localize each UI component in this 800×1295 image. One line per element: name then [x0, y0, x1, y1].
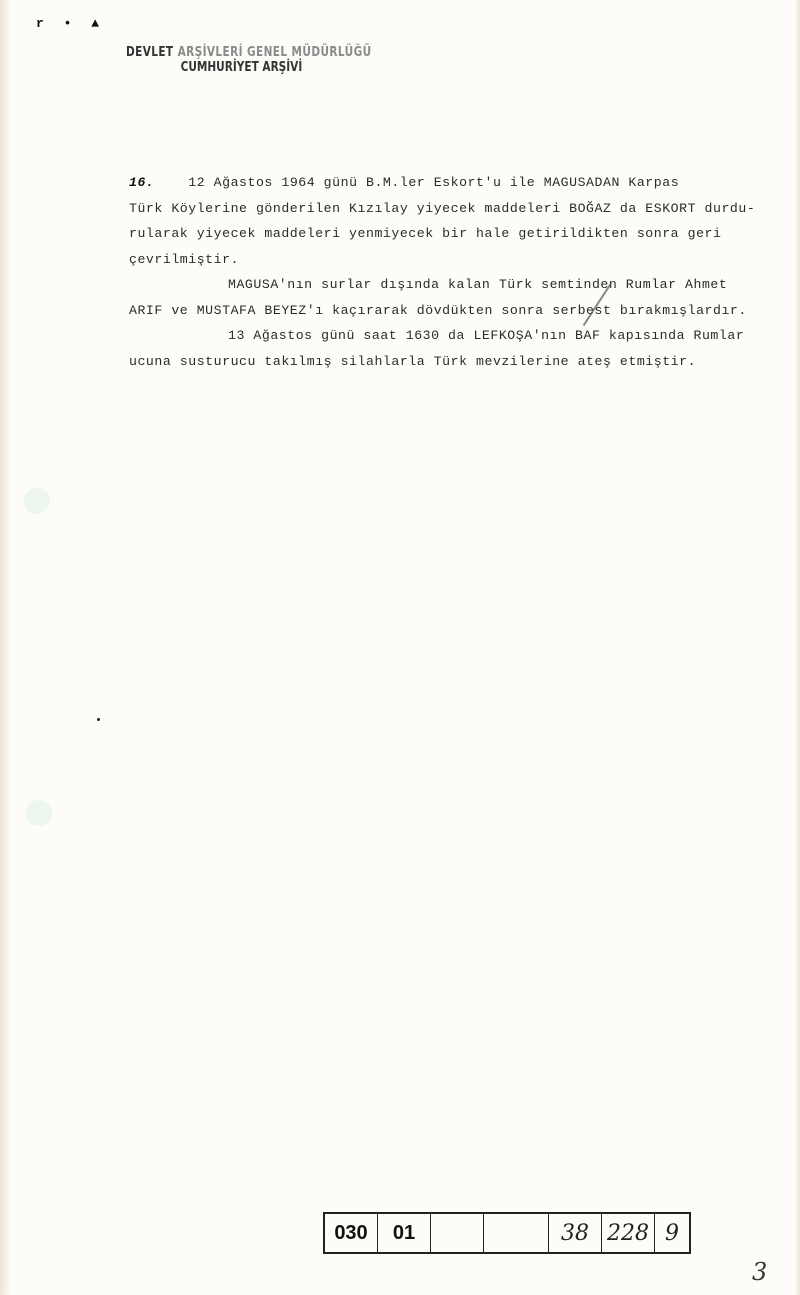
ref-cell-file: 228: [602, 1213, 655, 1253]
archive-stamp: DEVLET ARŞİVLERİ GENEL MÜDÜRLÜĞÜ CUMHURİ…: [126, 44, 313, 75]
ref-cell-item: 9: [655, 1213, 691, 1253]
paragraph-line-6: ARIF ve MUSTAFA BEYEZ'ı kaçırarak dövdük…: [129, 298, 789, 324]
archive-reference-box: 030 01 38 228 9: [323, 1212, 691, 1254]
corner-ink-marks: r • ▲: [36, 16, 105, 31]
paper-spot: [26, 800, 52, 826]
ref-cell-box: 38: [549, 1213, 602, 1253]
ref-cell-fond: 030: [324, 1213, 378, 1253]
paragraph-line-3: rularak yiyecek maddeleri yenmiyecek bir…: [129, 221, 789, 247]
paper-spot: [24, 488, 50, 514]
paragraph-line-8: ucuna susturucu takılmış silahlarla Türk…: [129, 349, 789, 375]
ref-cell-empty-2: [484, 1213, 549, 1253]
item-number: 16.: [129, 175, 154, 190]
stamp-line-1: DEVLET ARŞİVLERİ GENEL MÜDÜRLÜĞÜ: [126, 44, 313, 60]
document-body: 16. 12 Ağastos 1964 günü B.M.ler Eskort'…: [129, 170, 789, 374]
paragraph-line-2: Türk Köylerine gönderilen Kızılay yiyece…: [129, 196, 789, 222]
ref-cell-series: 01: [378, 1213, 431, 1253]
stamp-line-2: CUMHURİYET ARŞİVİ: [181, 59, 314, 75]
paragraph-line-7: 13 Ağastos günü saat 1630 da LEFKOŞA'nın…: [129, 323, 789, 349]
page-edge-right: [794, 0, 800, 1295]
stamp-line-1-rest: ARŞİVLERİ GENEL MÜDÜRLÜĞÜ: [178, 44, 372, 60]
page-edge-left: [0, 0, 10, 1295]
paragraph-line-5: MAGUSA'nın surlar dışında kalan Türk sem…: [129, 272, 789, 298]
stamp-word-devlet: DEVLET: [126, 44, 174, 60]
handwritten-page-number: 3: [752, 1258, 767, 1286]
paragraph-line-4: çevrilmiştir.: [129, 247, 789, 273]
ink-dot: [97, 718, 100, 721]
paragraph-line-1: 16. 12 Ağastos 1964 günü B.M.ler Eskort'…: [129, 170, 789, 196]
ref-cell-empty-1: [431, 1213, 484, 1253]
